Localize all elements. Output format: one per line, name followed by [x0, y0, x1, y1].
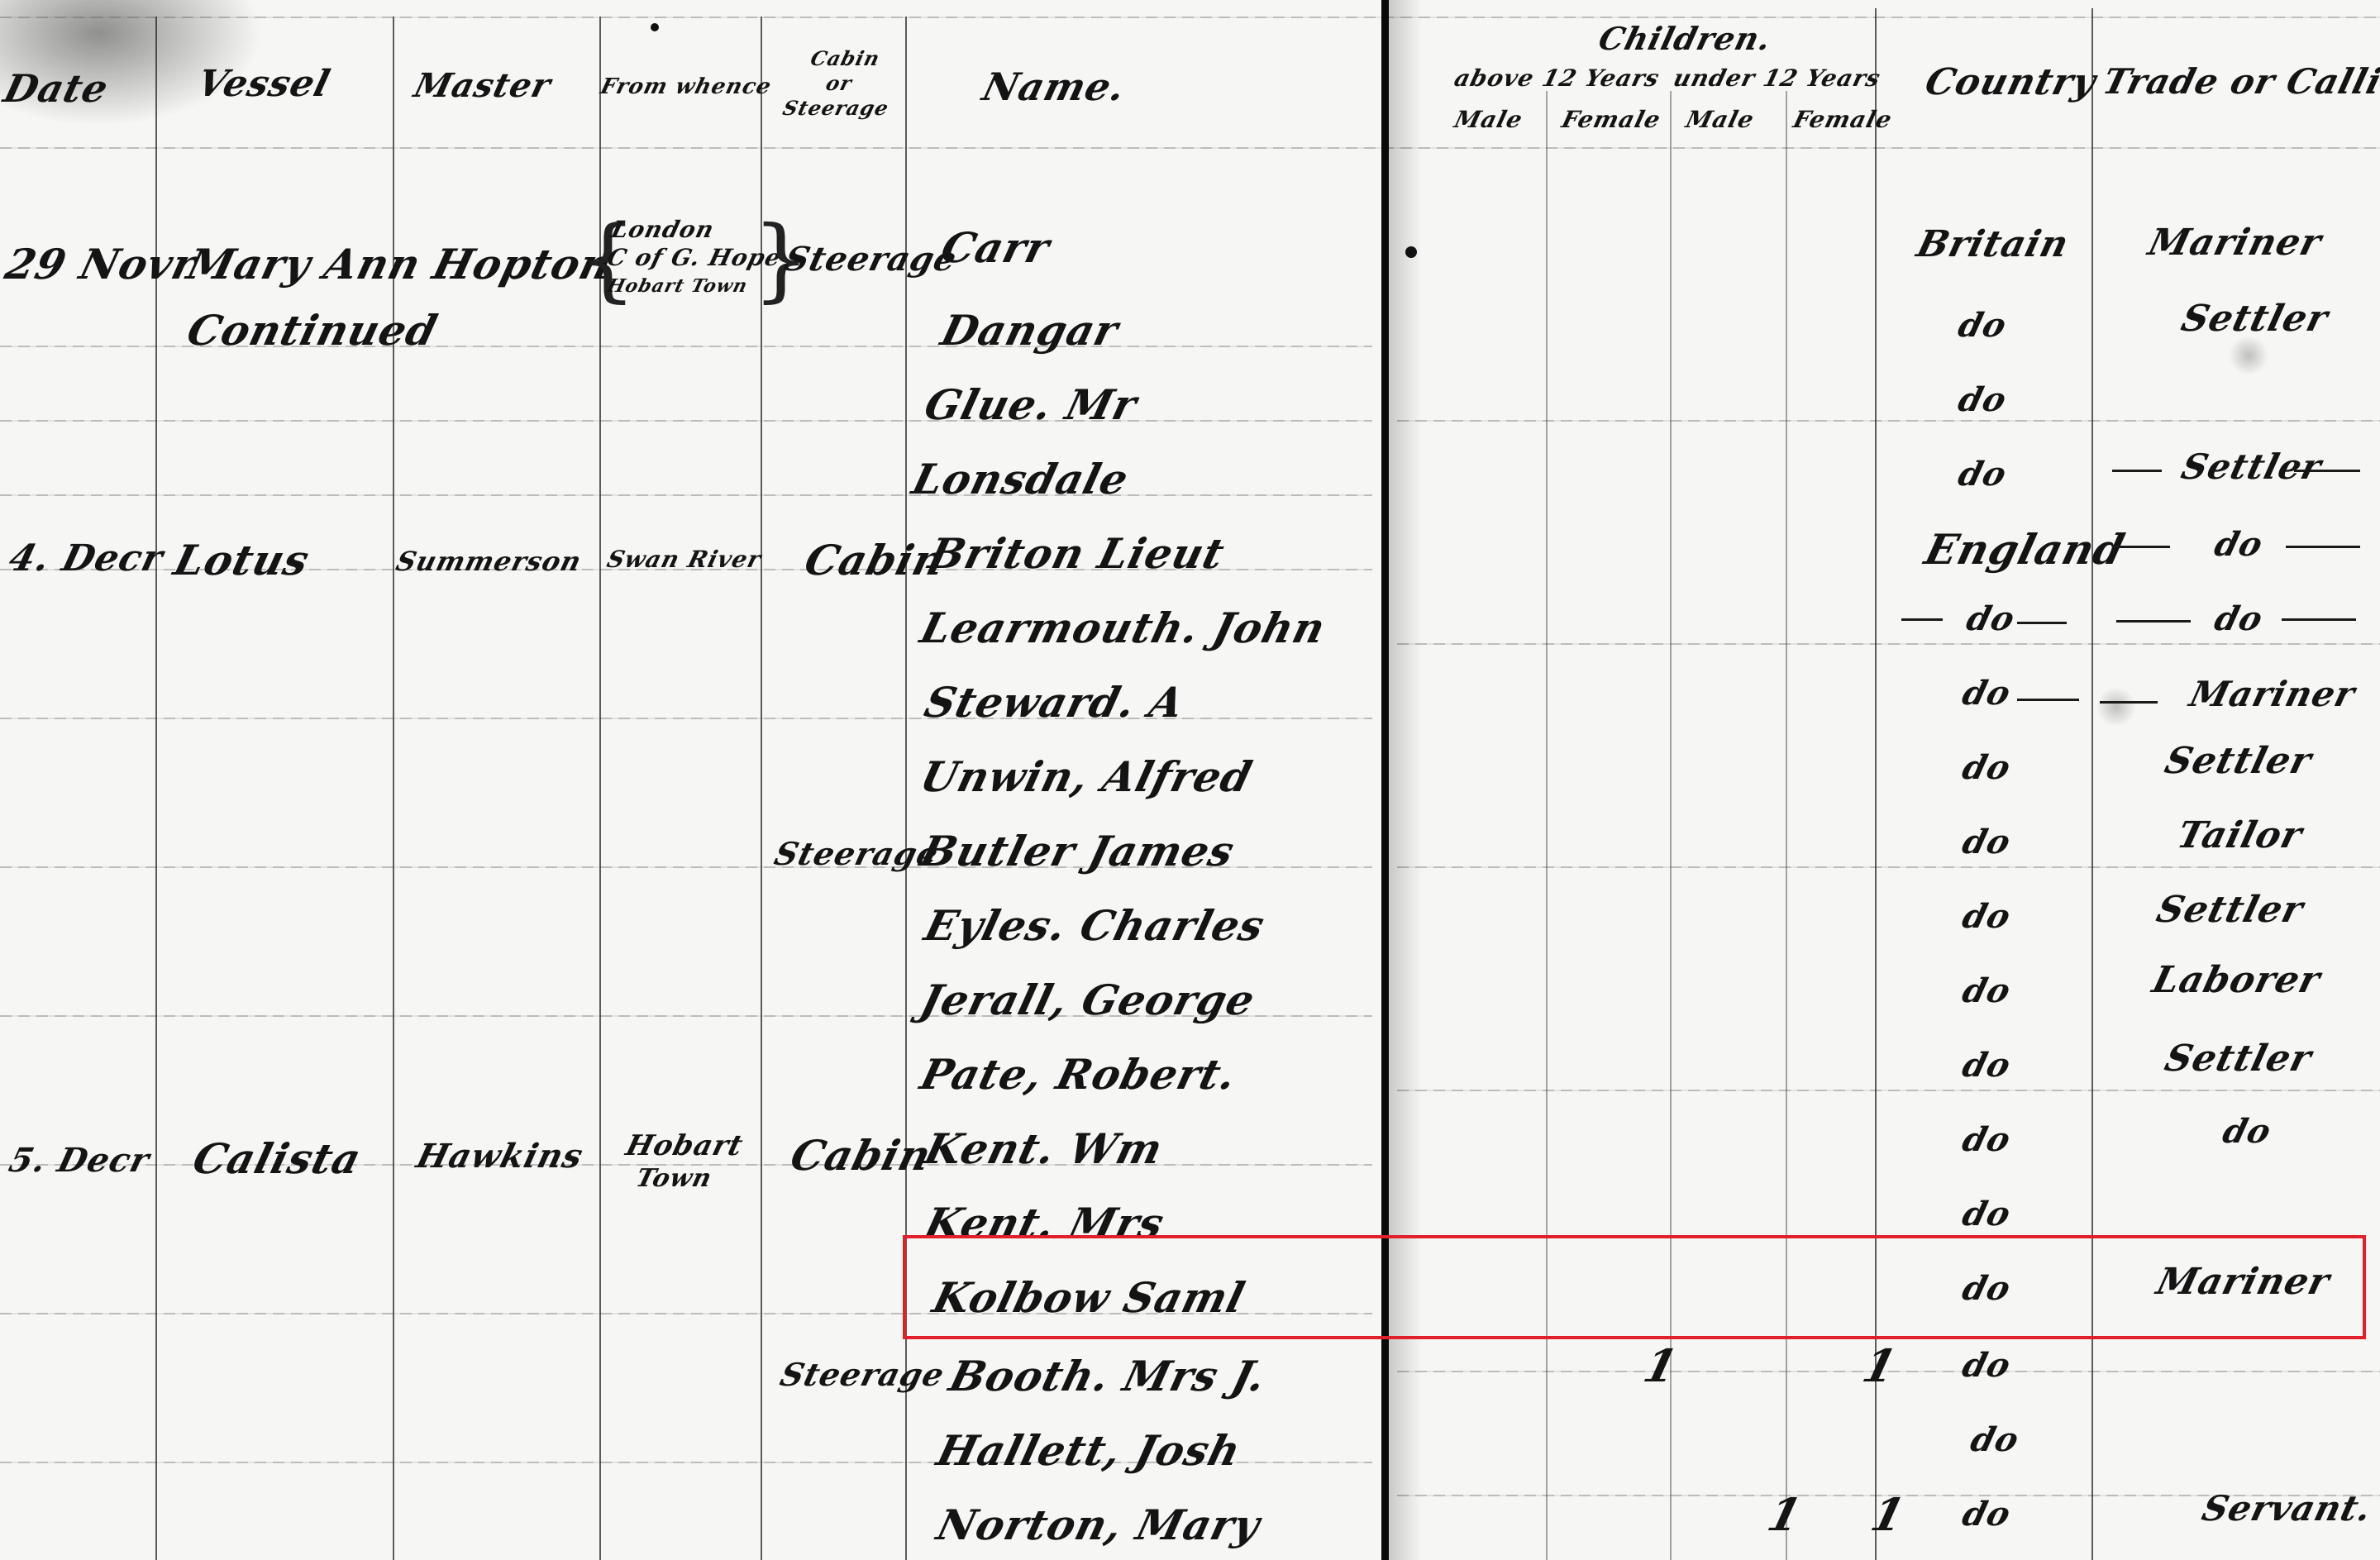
header-from-whence: From whence [598, 74, 774, 99]
country-cell: do [1958, 897, 2015, 936]
voyage-master: Hawkins [413, 1137, 587, 1176]
header-under-female: Female [1791, 106, 1896, 133]
register-page-spread: Date Vessel Master From whence Cabin or … [0, 0, 2380, 1560]
voyage-class: Steerage [780, 240, 961, 279]
voyage-date: 5. Decr [5, 1141, 154, 1180]
trade-cell: do [2211, 599, 2267, 638]
passenger-name: Briton Lieut [924, 529, 1230, 578]
ruled-line [1397, 866, 2380, 868]
header-date: Date [0, 66, 113, 111]
passenger-name: Glue. Mr [920, 380, 1142, 429]
trade-cell: Mariner [2186, 674, 2359, 714]
country-cell: do [1958, 1495, 2015, 1534]
passenger-name: Butler James [916, 827, 1240, 875]
trade-cell: Mariner [2144, 222, 2326, 264]
passenger-name: Unwin, Alfred [916, 752, 1257, 801]
header-under-12: under 12 Years [1671, 64, 1884, 92]
ruled-line [0, 420, 1372, 422]
trade-cell: Settler [2161, 1038, 2316, 1080]
ruled-line [1397, 420, 2380, 422]
trade-cell: Settler [2177, 298, 2333, 340]
ditto-dash [2017, 699, 2079, 701]
country-cell: do [1954, 306, 2010, 345]
children-count-above-female: 1 [1638, 1339, 1684, 1392]
country-cell: do [1954, 380, 2010, 419]
voyage-class-steerage: Steerage [776, 1356, 948, 1393]
trade-cell: Laborer [2149, 959, 2325, 1001]
country-cell: do [1958, 971, 2015, 1010]
ditto-dash [2112, 470, 2162, 472]
passenger-name: Steward. A [920, 678, 1190, 727]
ditto-dash [2116, 620, 2191, 623]
country-cell: England [1920, 525, 2130, 574]
country-cell: do [1958, 1346, 2015, 1385]
passenger-name: Lonsdale [908, 455, 1134, 503]
country-cell: do [1958, 748, 2015, 787]
ruled-line [1397, 643, 2380, 645]
country-cell: Britain [1913, 223, 2073, 265]
ruled-line [0, 17, 2380, 18]
passenger-name: Pate, Robert. [916, 1050, 1242, 1099]
passenger-name: Dangar [937, 306, 1124, 355]
header-vessel: Vessel [193, 63, 335, 105]
ruled-line [1397, 1090, 2380, 1091]
voyage-date: 29 Novr [1, 240, 202, 289]
ditto-dash [2282, 618, 2356, 621]
ditto-dash [2112, 546, 2170, 548]
ditto-dash [2286, 546, 2360, 548]
voyage-date: 4. Decr [5, 537, 168, 580]
trade-cell: Settler [2153, 889, 2308, 931]
header-above-male: Male [1452, 106, 1526, 133]
passenger-name: Eyles. Charles [920, 901, 1270, 950]
passenger-name: Booth. Mrs J. [945, 1352, 1271, 1400]
country-cell: do [1954, 455, 2010, 494]
children-count-under-female: 1 [1858, 1339, 1903, 1392]
header-under-male: Male [1683, 106, 1758, 133]
trade-cell: Settler [2177, 446, 2326, 487]
voyage-origin-line: Town [633, 1166, 715, 1192]
passenger-name: Jerall, George [916, 976, 1261, 1024]
voyage-vessel-note: Continued [183, 306, 443, 355]
highlight-box-kolbow-row [903, 1235, 2366, 1339]
header-above-12: above 12 Years [1452, 64, 1662, 92]
trade-cell: Settler [2161, 740, 2316, 782]
voyage-vessel: Lotus [169, 536, 315, 584]
voyage-class-cabin: Cabin [786, 1131, 937, 1180]
voyage-origin-line: Hobart [623, 1133, 746, 1159]
trade-cell: do [2211, 525, 2267, 564]
header-above-female: Female [1559, 106, 1664, 133]
header-trade-or-calling: Trade or Calling [2099, 61, 2380, 102]
ink-blot [651, 23, 659, 31]
voyage-origin: Swan River [604, 546, 765, 573]
passenger-name: Kent. Wm [920, 1124, 1168, 1173]
header-children: Children. [1595, 20, 1776, 57]
voyage-vessel: Calista [188, 1134, 367, 1183]
header-name: Name. [978, 64, 1130, 109]
header-country: Country [1921, 61, 2101, 103]
country-cell: do [1958, 1195, 2015, 1233]
header-cabin-or-steerage: Cabin or Steerage [780, 46, 898, 121]
passenger-name: Hallett, Josh [932, 1426, 1247, 1475]
passenger-name: Learmouth. John [916, 603, 1331, 652]
passenger-name: Norton, Mary [932, 1500, 1266, 1549]
ditto-dash [1901, 618, 1943, 621]
country-cell: do [1963, 599, 2019, 638]
trade-cell: Servant. [2198, 1488, 2377, 1529]
header-master: Master [410, 66, 555, 105]
ditto-dash [2017, 622, 2067, 624]
voyage-origin-line: Hobart Town [604, 273, 751, 299]
voyage-origin-line: London [608, 217, 717, 243]
column-rule [1546, 91, 1548, 1560]
trade-cell: do [2219, 1112, 2275, 1151]
trade-cell: Tailor [2173, 814, 2307, 856]
country-cell: do [1967, 1420, 2023, 1459]
voyage-master: Summerson [393, 546, 584, 577]
country-cell: do [1958, 823, 2015, 861]
voyage-vessel: Mary Ann [183, 240, 427, 289]
country-cell: do [1958, 1046, 2015, 1085]
country-cell: do [1958, 674, 2015, 713]
ditto-dash [2100, 701, 2158, 704]
ruled-line [0, 494, 1372, 496]
ruled-line [0, 147, 2380, 149]
ink-blot [1405, 246, 1417, 258]
passenger-name: Carr [937, 223, 1056, 272]
country-cell: do [1958, 1120, 2015, 1159]
column-rule [1786, 91, 1787, 1560]
